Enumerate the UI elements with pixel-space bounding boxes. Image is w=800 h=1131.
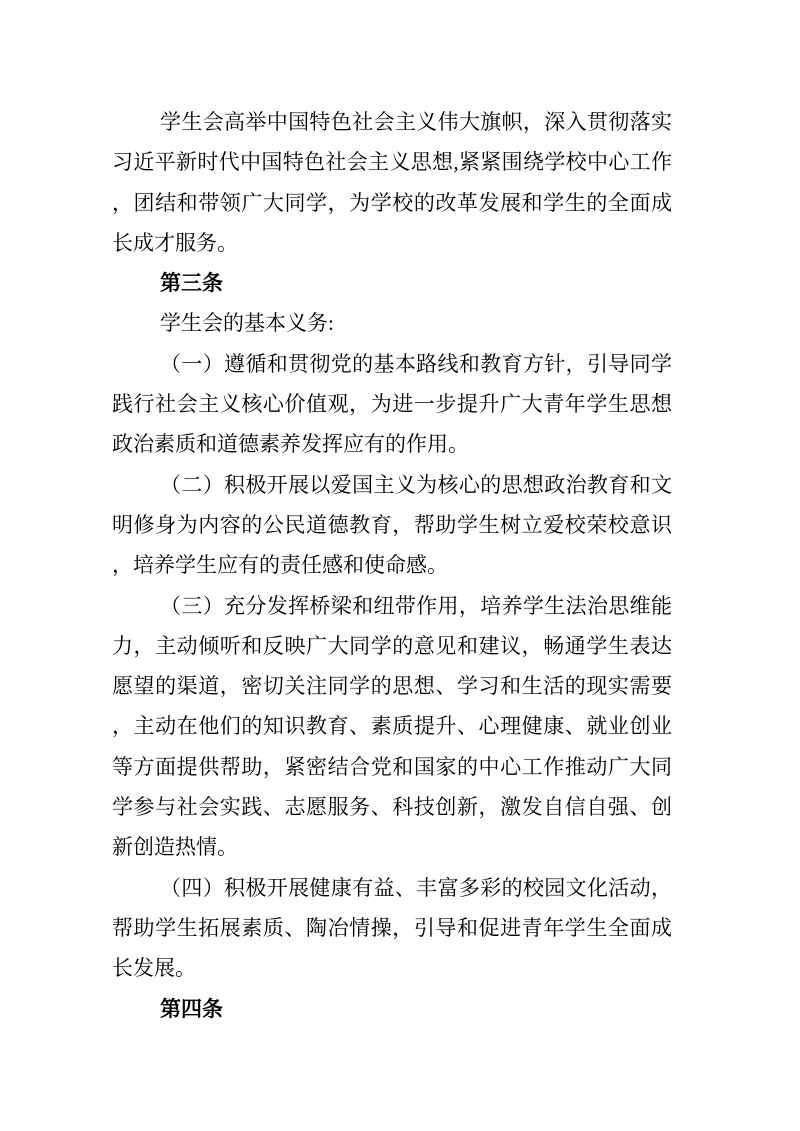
- paragraph: （四）积极开展健康有益、丰富多彩的校园文化活动，帮助学生拓展素质、陶冶情操，引导…: [112, 868, 672, 989]
- section-heading: 第三条: [112, 263, 672, 303]
- text-line: 学生会的基本义务:: [112, 303, 672, 343]
- paragraph: （一）遵循和贯彻党的基本路线和教育方针，引导同学践行社会主义核心价值观，为进一步…: [112, 344, 672, 465]
- text-line: 长成才服务。: [112, 223, 672, 263]
- text-line: 新创造热情。: [112, 827, 672, 867]
- section-heading: 第四条: [112, 989, 672, 1029]
- text-line: ，主动在他们的知识教育、素质提升、心理健康、就业创业: [112, 706, 672, 746]
- paragraph: 学生会的基本义务:: [112, 303, 672, 343]
- text-line: 等方面提供帮助，紧密结合党和国家的中心工作推动广大同: [112, 747, 672, 787]
- text-line: 第四条: [112, 989, 672, 1029]
- paragraph: 学生会高举中国特色社会主义伟大旗帜，深入贯彻落实习近平新时代中国特色社会主义思想…: [112, 102, 672, 263]
- text-line: 践行社会主义核心价值观，为进一步提升广大青年学生思想: [112, 384, 672, 424]
- text-line: （一）遵循和贯彻党的基本路线和教育方针，引导同学: [112, 344, 672, 384]
- document-body: 学生会高举中国特色社会主义伟大旗帜，深入贯彻落实习近平新时代中国特色社会主义思想…: [112, 102, 672, 1029]
- text-line: ，团结和带领广大同学，为学校的改革发展和学生的全面成: [112, 183, 672, 223]
- text-line: （三）充分发挥桥梁和纽带作用，培养学生法治思维能: [112, 586, 672, 626]
- paragraph: （二）积极开展以爱国主义为核心的思想政治教育和文明修身为内容的公民道德教育，帮助…: [112, 465, 672, 586]
- text-line: 明修身为内容的公民道德教育，帮助学生树立爱校荣校意识: [112, 505, 672, 545]
- paragraph: （三）充分发挥桥梁和纽带作用，培养学生法治思维能力，主动倾听和反映广大同学的意见…: [112, 586, 672, 868]
- text-line: 帮助学生拓展素质、陶冶情操，引导和促进青年学生全面成: [112, 908, 672, 948]
- text-line: 力，主动倾听和反映广大同学的意见和建议，畅通学生表达: [112, 626, 672, 666]
- document-page: 学生会高举中国特色社会主义伟大旗帜，深入贯彻落实习近平新时代中国特色社会主义思想…: [0, 0, 800, 1131]
- text-line: 学参与社会实践、志愿服务、科技创新，激发自信自强、创: [112, 787, 672, 827]
- text-line: （二）积极开展以爱国主义为核心的思想政治教育和文: [112, 465, 672, 505]
- text-line: 学生会高举中国特色社会主义伟大旗帜，深入贯彻落实: [112, 102, 672, 142]
- text-line: 政治素质和道德素养发挥应有的作用。: [112, 424, 672, 464]
- text-line: ，培养学生应有的责任感和使命感。: [112, 545, 672, 585]
- text-line: 习近平新时代中国特色社会主义思想,紧紧围绕学校中心工作: [112, 142, 672, 182]
- text-line: （四）积极开展健康有益、丰富多彩的校园文化活动，: [112, 868, 672, 908]
- text-line: 第三条: [112, 263, 672, 303]
- text-line: 愿望的渠道，密切关注同学的思想、学习和生活的现实需要: [112, 666, 672, 706]
- text-line: 长发展。: [112, 948, 672, 988]
